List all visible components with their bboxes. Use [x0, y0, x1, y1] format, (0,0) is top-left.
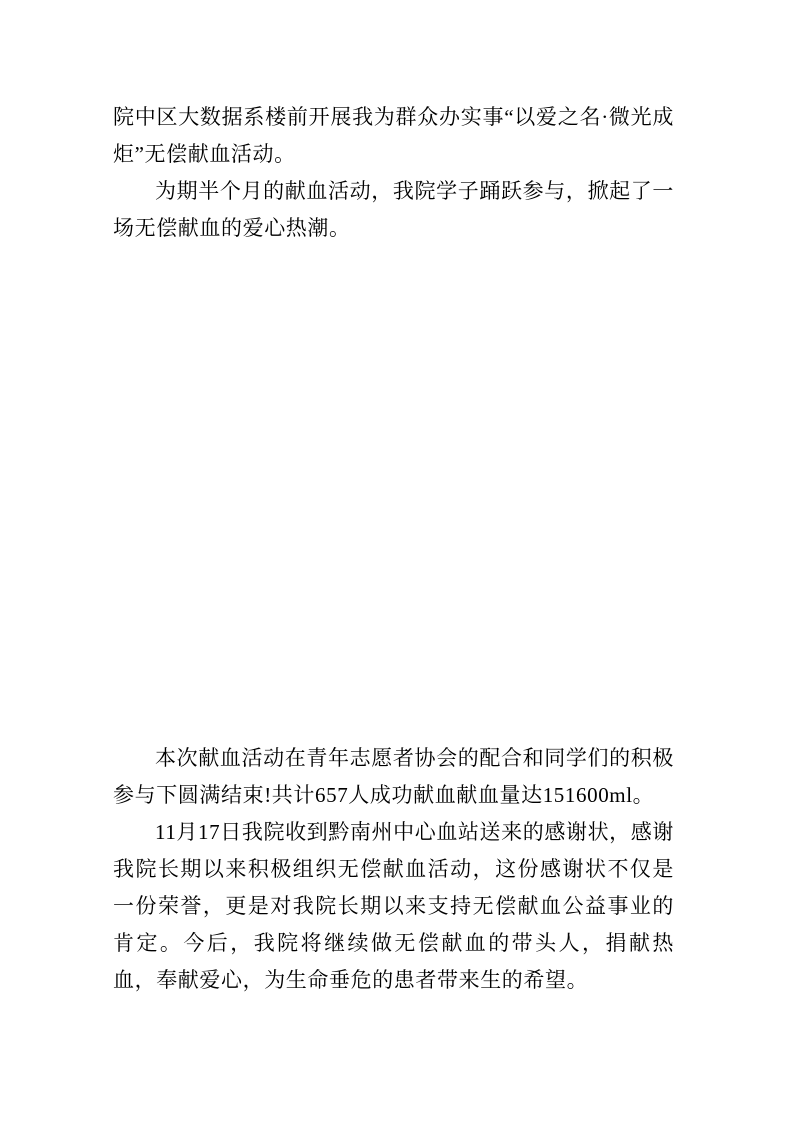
paragraph-results: 本次献血活动在青年志愿者协会的配合和同学们的积极参与下圆满结束!共计657人成功…: [113, 740, 674, 814]
paragraph-continued: 院中区大数据系楼前开展我为群众办实事“以爱之名·微光成炬”无偿献血活动。: [113, 99, 674, 173]
paragraph-campaign-summary: 为期半个月的献血活动，我院学子踊跃参与，掀起了一场无偿献血的爱心热潮。: [113, 173, 674, 247]
text-block: 院中区大数据系楼前开展我为群众办实事“以爱之名·微光成炬”无偿献血活动。 为期半…: [113, 99, 674, 999]
paragraph-thank-you-letter: 11月17日我院收到黔南州中心血站送来的感谢状，感谢我院长期以来积极组织无偿献血…: [113, 814, 674, 999]
document-page: 院中区大数据系楼前开展我为群众办实事“以爱之名·微光成炬”无偿献血活动。 为期半…: [0, 0, 793, 1122]
blank-space: [113, 247, 674, 740]
